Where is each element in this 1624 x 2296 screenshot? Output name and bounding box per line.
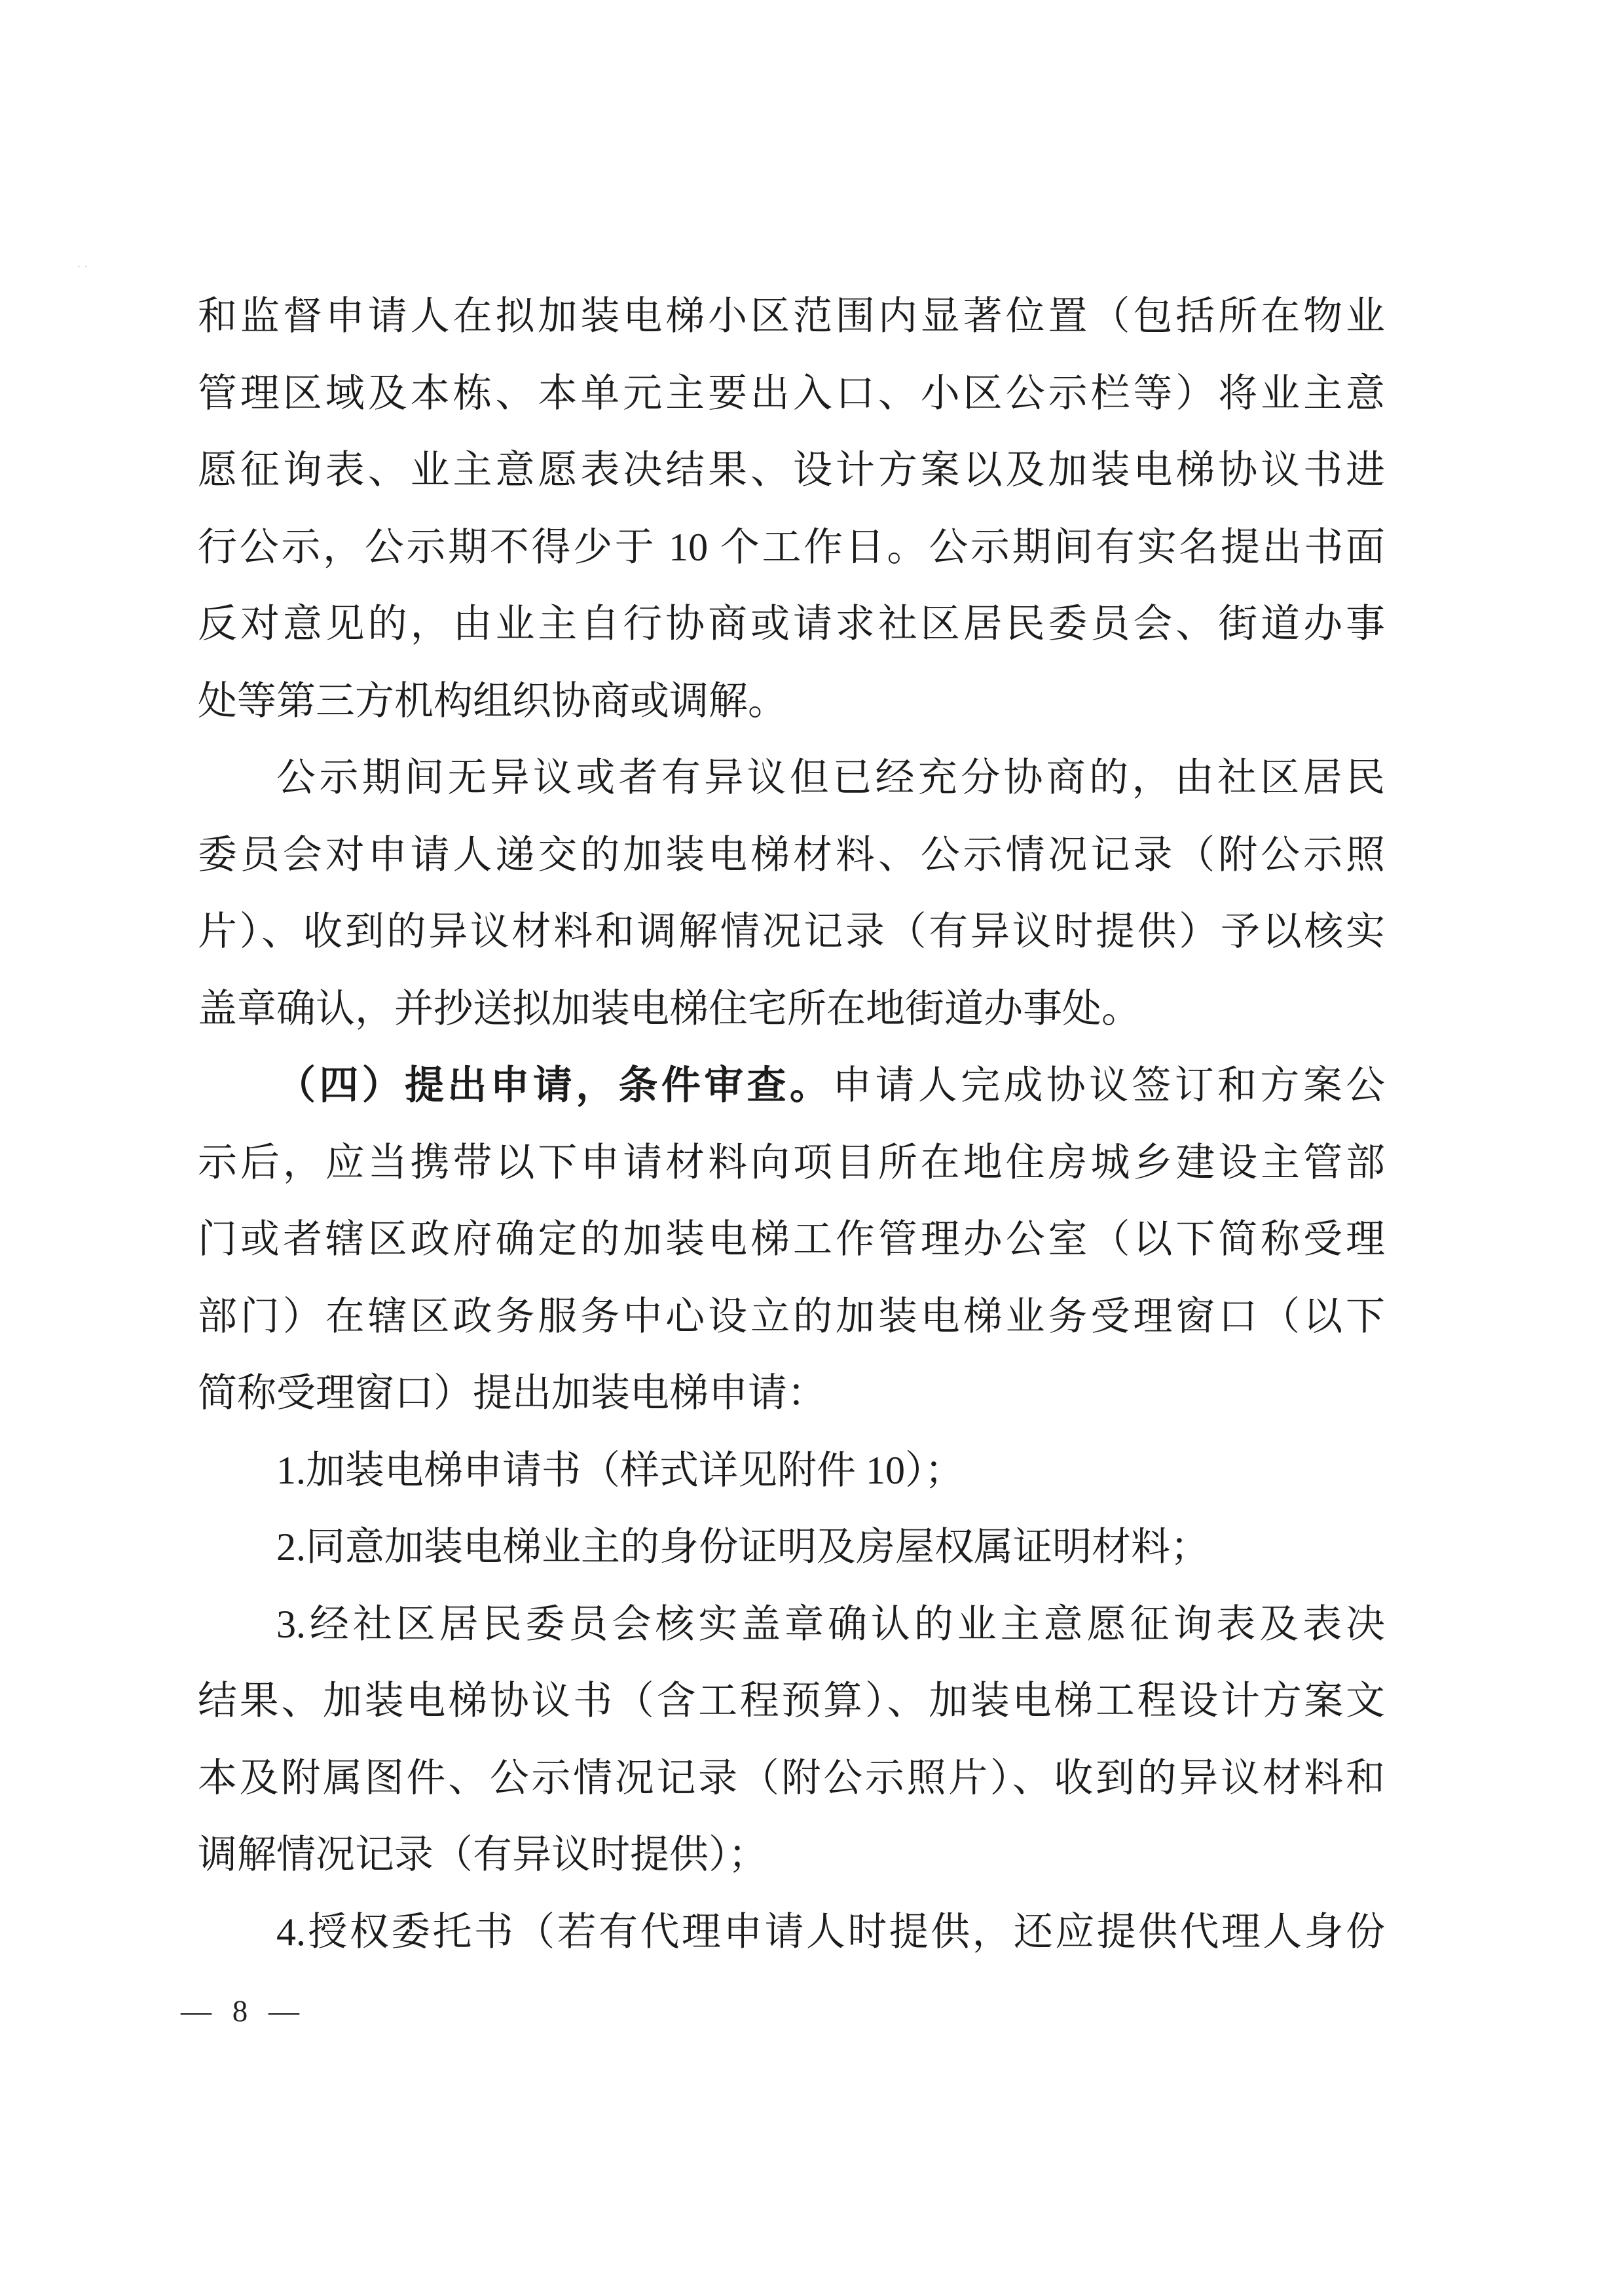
text-line: 调解情况记录（有异议时提供）； xyxy=(198,1817,1385,1894)
section-heading: （四）提出申请，条件审查。 xyxy=(276,1064,832,1107)
text-line: 片）、收到的异议材料和调解情况记录（有异议时提供）予以核实 xyxy=(198,894,1385,971)
list-item-line: 3.经社区居民委员会核实盖章确认的业主意愿征询表及表决 xyxy=(198,1586,1385,1664)
text-line: 示后，应当携带以下申请材料向项目所在地住房城乡建设主管部 xyxy=(198,1125,1385,1202)
text-segment: 申请人完成协议签订和方案公 xyxy=(832,1064,1385,1107)
text-line: 本及附属图件、公示情况记录（附公示照片）、收到的异议材料和 xyxy=(198,1740,1385,1817)
text-line: 处等第三方机构组织协商或调解。 xyxy=(198,663,1385,740)
text-line: 委员会对申请人递交的加装电梯材料、公示情况记录（附公示照 xyxy=(198,817,1385,894)
text-line: 反对意见的，由业主自行协商或请求社区居民委员会、街道办事 xyxy=(198,586,1385,663)
scan-speck: ·· xyxy=(77,262,92,273)
text-line: 管理区域及本栋、本单元主要出入口、小区公示栏等）将业主意 xyxy=(198,355,1385,433)
body-text: 和监督申请人在拟加装电梯小区范围内显著位置（包括所在物业 管理区域及本栋、本单元… xyxy=(198,278,1385,1971)
text-line: 盖章确认，并抄送拟加装电梯住宅所在地街道办事处。 xyxy=(198,971,1385,1048)
text-line: 愿征询表、业主意愿表决结果、设计方案以及加装电梯协议书进 xyxy=(198,432,1385,509)
text-line: 结果、加装电梯协议书（含工程预算）、加装电梯工程设计方案文 xyxy=(198,1663,1385,1740)
text-line: 门或者辖区政府确定的加装电梯工作管理办公室（以下简称受理 xyxy=(198,1201,1385,1279)
text-line: 简称受理窗口）提出加装电梯申请： xyxy=(198,1355,1385,1432)
list-item-line: 4.授权委托书（若有代理申请人时提供，还应提供代理人身份 xyxy=(198,1894,1385,1971)
list-item-line: 2.同意加装电梯业主的身份证明及房屋权属证明材料； xyxy=(198,1509,1385,1586)
text-line: 和监督申请人在拟加装电梯小区范围内显著位置（包括所在物业 xyxy=(198,278,1385,355)
page-number: — 8 — xyxy=(181,1994,299,2028)
text-line: 行公示，公示期不得少于 10 个工作日。公示期间有实名提出书面 xyxy=(198,509,1385,587)
text-line: （四）提出申请，条件审查。申请人完成协议签订和方案公 xyxy=(198,1048,1385,1125)
text-line: 部门）在辖区政务服务中心设立的加装电梯业务受理窗口（以下 xyxy=(198,1279,1385,1356)
text-line: 公示期间无异议或者有异议但已经充分协商的，由社区居民 xyxy=(198,740,1385,817)
document-page: ·· 和监督申请人在拟加装电梯小区范围内显著位置（包括所在物业 管理区域及本栋、… xyxy=(0,0,1624,2296)
list-item-line: 1.加装电梯申请书（样式详见附件 10）； xyxy=(198,1432,1385,1510)
